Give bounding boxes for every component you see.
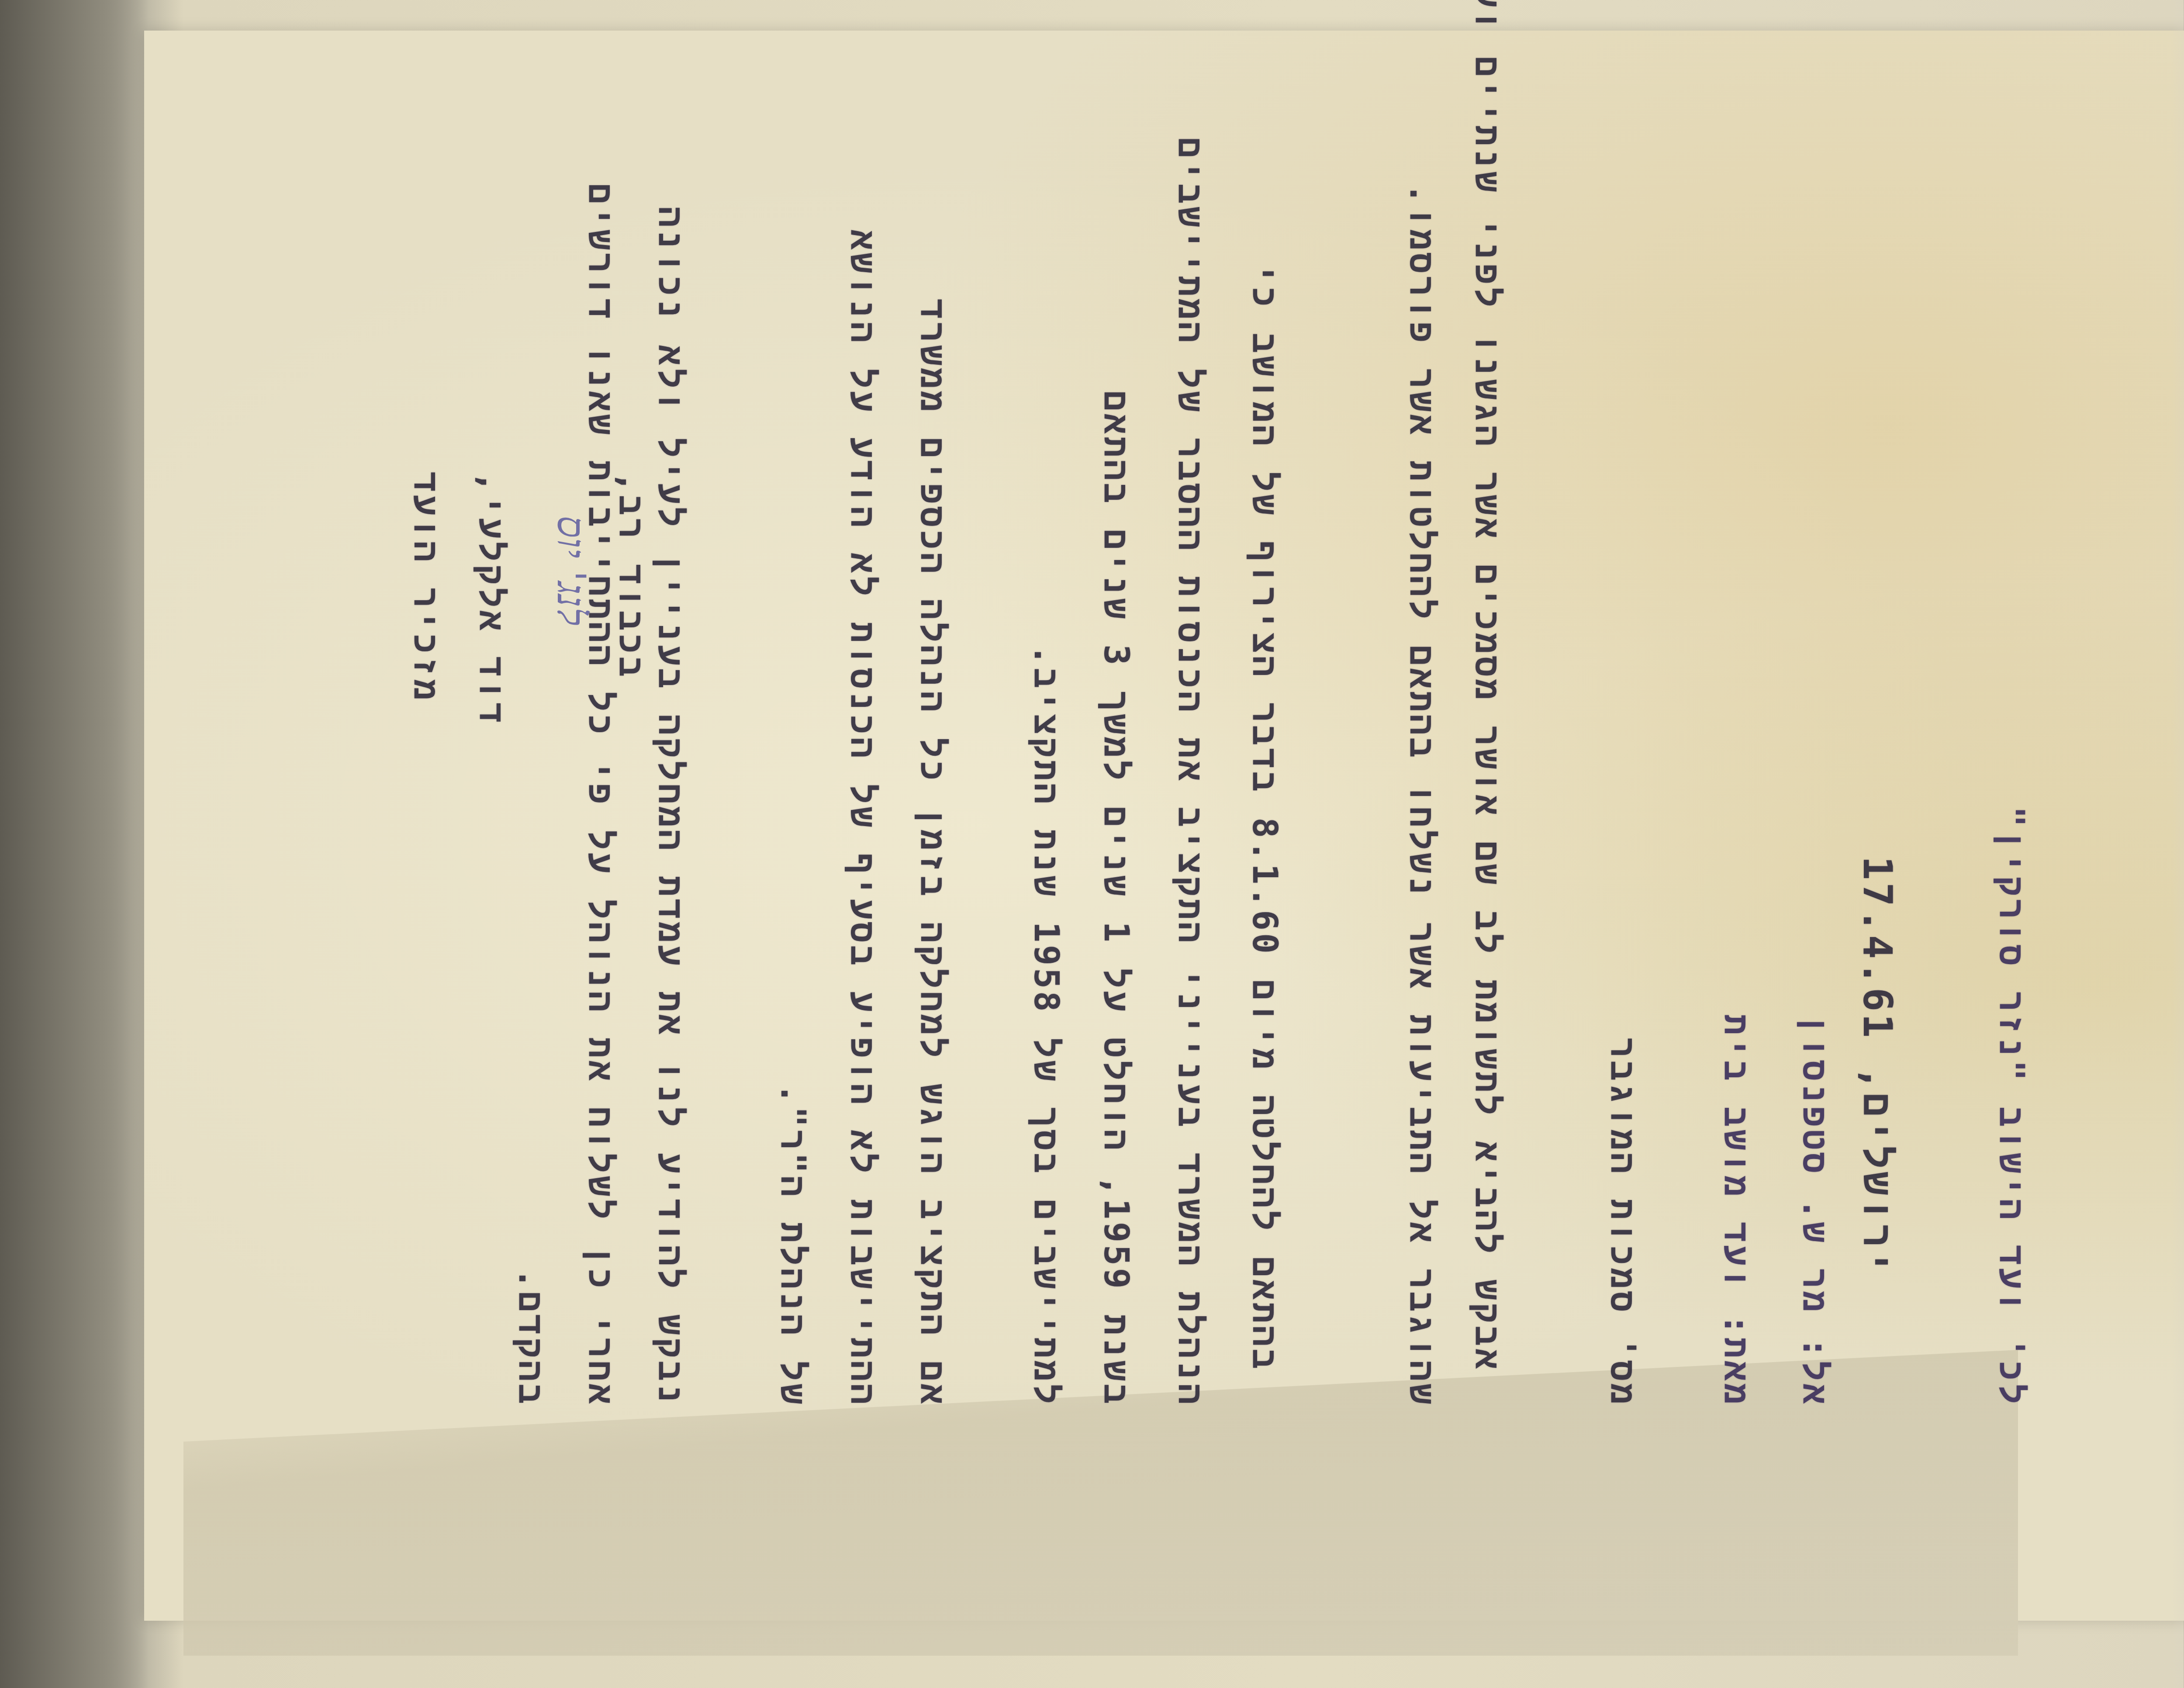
- closing-line: בכבוד רב,: [609, 472, 651, 680]
- place-date-line: ירושלים, 17.4.61: [1852, 856, 1900, 1276]
- signer-name: דוד אלקלעי,: [470, 472, 511, 726]
- letter-page: לכ' ועד הישוב "נזר סורקין" ירושלים, 17.4…: [140, 35, 2184, 1616]
- body-line: נבקש להודיע לנו את עמדת המחלקה בעניין לע…: [649, 207, 690, 1407]
- reference-line: מס' סמכות המוגבר: [1601, 1038, 1642, 1407]
- body-line: ההתיישבות לא הופיע בסעיף של הכנסות לא הו…: [841, 229, 882, 1407]
- handwritten-signature: לנג' יוס: [548, 515, 594, 626]
- desk-background: [0, 0, 149, 1688]
- body-line: בהקדם.: [509, 1268, 550, 1407]
- signer-title: מזכיר הועד: [404, 472, 446, 702]
- body-line: בהתאם להחלטה מיום 8.1.60 בדבר הצירוף של …: [1243, 263, 1284, 1372]
- to-line: אל: מר ש. סטפנסון: [1793, 1014, 1835, 1407]
- body-line: אבקש להביא לתשומת לב שם אושר מסמכים אשר …: [1465, 0, 1507, 1372]
- body-line: של הנהלת ה"ר".: [771, 1083, 812, 1407]
- addressee-line: לכ' ועד הישוב "נזר סורקין": [1990, 806, 2031, 1407]
- body-line: בשנת 1959, הוחלט על 1 שנים למשך 3 שנים ב…: [1094, 391, 1136, 1407]
- body-line: למתיישבים בסך של 1958 שנת התקציב.: [1024, 645, 1066, 1407]
- body-line: אחרי כן לשלוח את הנוהל על פי כל ההתחייבו…: [579, 183, 620, 1407]
- from-line: מאת: ועד מושב בית: [1714, 1014, 1756, 1407]
- body-line: שהוגבר אל התביעות אשר נשלחו בהתאם להחלטו…: [1400, 183, 1441, 1407]
- body-line: הנהלת המשרד בענייני התקציב את הכנסות ההס…: [1168, 137, 1210, 1407]
- body-line: אם התקציב הוגש למחלקה בזמן כל הנהלה הכספ…: [911, 299, 952, 1407]
